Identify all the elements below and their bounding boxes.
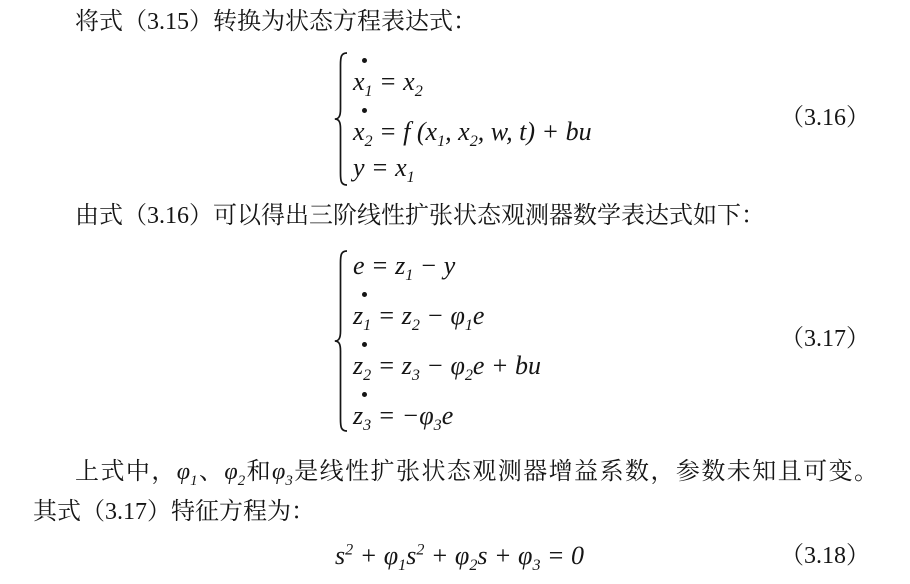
- paragraph-characteristic-equation-lead: 其式（3.17）特征方程为：: [33, 492, 881, 532]
- equation-316-block: x1 = x2x2 = f (x1, x2, w, t) + buy = x1: [334, 52, 592, 188]
- derivative-dot: [353, 105, 592, 116]
- left-curly-brace: [334, 52, 348, 186]
- derivative-dot: [353, 289, 541, 300]
- equation-line: x1 = x2: [353, 67, 592, 97]
- paragraph-gain-coefficients: 上式中，φ1、φ2和φ3是线性扩张状态观测器增益系数，参数未知且可变。 其式（3…: [33, 452, 881, 532]
- equation-number-318: （3.18）: [780, 541, 870, 571]
- paragraph-intro-eq317: 由式（3.16）可以得出三阶线性扩张状态观测器数学表达式如下：: [75, 199, 765, 233]
- equation-line: z2 = z3 − φ2e + bu: [353, 351, 541, 381]
- equation-318-characteristic: s2 + φ1s2 + φ2s + φ3 = 0: [335, 539, 584, 573]
- equation-number-316: （3.16）: [780, 103, 870, 133]
- equation-line: z1 = z2 − φ1e: [353, 301, 541, 331]
- equation-317-block: e = z1 − yz1 = z2 − φ1ez2 = z3 − φ2e + b…: [334, 250, 541, 436]
- equation-line: x2 = f (x1, x2, w, t) + bu: [353, 117, 592, 147]
- left-curly-brace: [334, 250, 348, 432]
- paragraph-intro-eq316: 将式（3.15）转换为状态方程表达式：: [75, 5, 477, 39]
- document-page: 将式（3.15）转换为状态方程表达式： x1 = x2x2 = f (x1, x…: [0, 0, 910, 584]
- derivative-dot: [353, 389, 541, 400]
- derivative-dot: [353, 339, 541, 350]
- derivative-dot: [353, 55, 592, 66]
- paragraph-gain-coefficients-line1: 上式中，φ1、φ2和φ3是线性扩张状态观测器增益系数，参数未知且可变。: [33, 452, 878, 492]
- equation-316-lines: x1 = x2x2 = f (x1, x2, w, t) + buy = x1: [353, 52, 592, 188]
- equation-317-lines: e = z1 − yz1 = z2 − φ1ez2 = z3 − φ2e + b…: [353, 250, 541, 436]
- equation-line: y = x1: [353, 153, 592, 183]
- equation-line: z3 = −φ3e: [353, 401, 541, 431]
- equation-line: e = z1 − y: [353, 251, 541, 281]
- equation-number-317: （3.17）: [780, 324, 870, 354]
